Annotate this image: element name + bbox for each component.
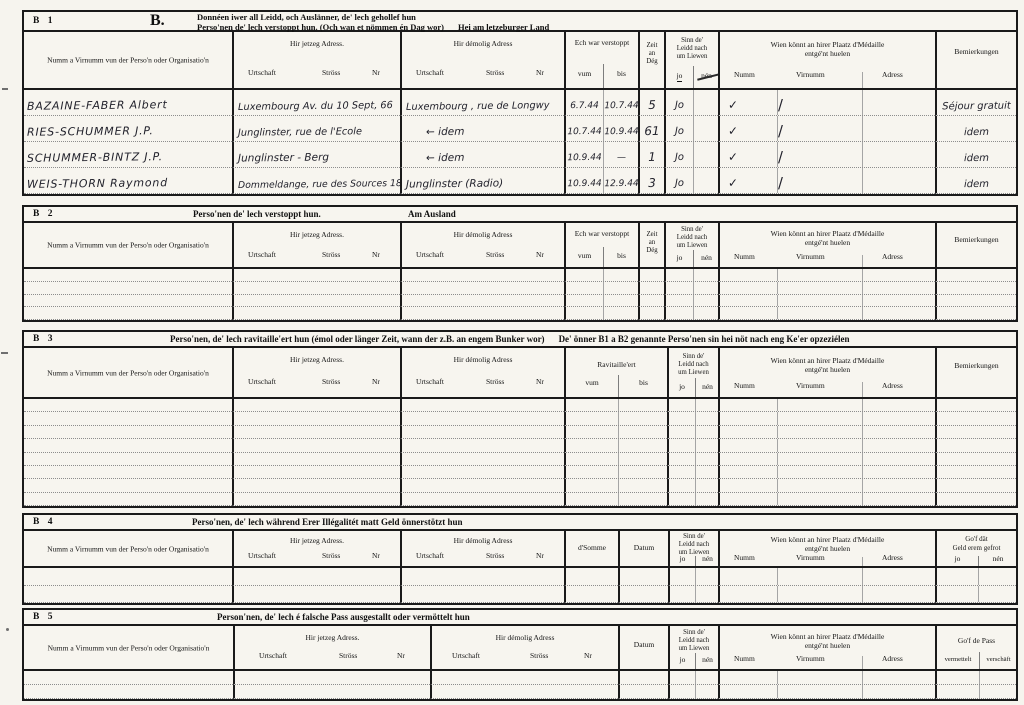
zeit-word1: Zeit — [640, 231, 664, 239]
hw-bis: 10.9.44 — [603, 127, 640, 137]
b1-h-zeit: Zeit an Dég — [638, 32, 664, 88]
sinn-line2: Leidd nach — [666, 234, 718, 242]
jo-label: jo — [670, 554, 695, 563]
zeit-word3: Dég — [640, 58, 664, 66]
empty-cell — [564, 282, 638, 295]
jo-label: jo — [666, 71, 693, 80]
b5-title: Person'nen, de' lech é falsche Pass ausg… — [217, 612, 470, 622]
hw-jetzeg: Dommeldange, rue des Sources 18 — [238, 178, 402, 191]
b3-h-bemierkungen: Bemierkungen — [935, 348, 1016, 397]
cell-demolig: Luxembourg , rue de Longwy — [400, 90, 564, 116]
urtschaft-label: Urtschaft — [248, 551, 276, 560]
column-divider — [777, 269, 778, 281]
empty-cell — [935, 412, 1016, 425]
stross-label: Ströss — [339, 651, 357, 660]
sinn-line3: um Liewen — [670, 645, 718, 653]
empty-cell — [664, 307, 718, 320]
bis-label: bis — [618, 378, 669, 387]
empty-cell — [232, 479, 400, 492]
column-divider — [862, 412, 863, 424]
dsomme-label: d'Somme — [566, 543, 618, 552]
cell-wien: ✓∕ — [718, 168, 935, 194]
empty-cell — [564, 453, 667, 466]
column-divider — [862, 307, 863, 319]
bis-label: bis — [603, 251, 640, 260]
adress-label: Adress — [882, 70, 903, 79]
empty-cell — [668, 685, 718, 699]
bemierkungen-label: Bemierkungen — [937, 235, 1016, 244]
hw-deg: 1 — [640, 150, 664, 164]
hw-slash-mark: ∕ — [778, 122, 783, 140]
zeit-word2: an — [640, 50, 664, 58]
wien-line1: Wien könnt an hirer Plaatz d'Médaille — [720, 535, 935, 544]
section-b3: B 3 Perso'nen, de' lech ravitaille'ert h… — [22, 330, 1018, 508]
column-divider — [695, 439, 696, 451]
empty-cell — [718, 295, 935, 308]
scan-artifact — [6, 628, 9, 631]
column-divider — [695, 426, 696, 438]
empty-cell — [564, 307, 638, 320]
sinn-label: Sinn de' Leidd nach um Liewen — [666, 226, 718, 250]
cell-zeit: 5 — [638, 90, 664, 116]
column-divider — [777, 282, 778, 294]
empty-cell — [400, 412, 564, 425]
b1-column-headers: Numm a Virnumm vun der Perso'n oder Orga… — [24, 32, 1016, 90]
empty-cell — [667, 466, 718, 479]
empty-cell — [24, 568, 232, 586]
empty-cell — [664, 269, 718, 282]
empty-row — [24, 295, 1016, 308]
column-divider — [862, 282, 863, 294]
hw-slash-mark: ∕ — [778, 96, 783, 114]
column-divider — [695, 685, 696, 698]
nen-label: nén — [695, 655, 720, 664]
b2-h-demolig: Hir démolig Adress Urtschaft Ströss Nr — [400, 223, 564, 267]
b2-column-headers: Numm a Virnumm vun der Perso'n oder Orga… — [24, 223, 1016, 269]
cell-sinn: Jo — [664, 116, 718, 142]
virnumm-label: Virnumm — [796, 654, 825, 663]
hw-vum: 6.7.44 — [566, 101, 603, 111]
hw-demolig: Luxembourg , rue de Longwy — [406, 100, 550, 113]
empty-cell — [935, 453, 1016, 466]
empty-cell — [718, 426, 935, 439]
b1-row: SCHUMMER-BINTZ J.P. Junglinster - Berg ←… — [24, 142, 1016, 168]
b3-section-id: B 3 — [33, 334, 55, 344]
cell-bemierkungen: Séjour gratuit — [935, 90, 1016, 116]
hw-slash-mark: ∕ — [778, 174, 783, 192]
column-divider — [693, 282, 694, 294]
empty-cell — [564, 466, 667, 479]
b1-title-line2-wrap: Perso'nen de' lech verstoppt hun. (Och w… — [197, 23, 549, 33]
cell-verstoppt: 6.7.4410.7.44 — [564, 90, 638, 116]
cell-bemierkungen: idem — [935, 142, 1016, 168]
empty-cell — [618, 586, 668, 604]
empty-row — [24, 479, 1016, 492]
empty-cell — [564, 269, 638, 282]
empty-cell — [564, 439, 667, 452]
nr-label: Nr — [584, 651, 592, 660]
empty-cell — [668, 586, 718, 604]
b2-h-name: Numm a Virnumm vun der Perso'n oder Orga… — [24, 223, 232, 267]
empty-cell — [24, 479, 232, 492]
empty-cell — [718, 282, 935, 295]
column-divider — [777, 307, 778, 319]
column-divider — [979, 685, 980, 698]
empty-cell — [564, 399, 667, 412]
urtschaft-label: Urtschaft — [248, 68, 276, 77]
hw-demolig: ← idem — [426, 126, 465, 138]
empty-row — [24, 568, 1016, 586]
hw-deg: 5 — [640, 98, 664, 112]
cell-verstoppt: 10.9.44— — [564, 142, 638, 168]
virnumm-label: Virnumm — [796, 381, 825, 390]
hw-jetzeg: Junglinster, rue de l'Ecole — [238, 126, 362, 139]
stross-label: Ströss — [486, 551, 504, 560]
b4-h-jetzeg: Hir jetzeg Adress. Urtschaft Ströss Nr — [232, 531, 400, 566]
wien-line2: entgé'nt huelen — [720, 641, 935, 650]
b1-h-name: Numm a Virnumm vun der Perso'n oder Orga… — [24, 32, 232, 88]
hw-vum: 10.7.44 — [566, 127, 603, 137]
b3-h-wien: Wien könnt an hirer Plaatz d'Médaille en… — [718, 348, 935, 397]
b2-title: Perso'nen de' lech verstoppt hun. — [193, 209, 321, 219]
sinn-line3: um Liewen — [666, 53, 718, 61]
b1-title: Donnéen iwer all Leidd, och Auslänner, d… — [197, 13, 549, 32]
empty-cell — [667, 439, 718, 452]
numm-label: Numm — [734, 553, 755, 562]
empty-cell — [400, 586, 564, 604]
empty-cell — [233, 671, 430, 685]
jetzeg-label: Hir jetzeg Adress. — [235, 633, 430, 642]
stross-label: Ströss — [530, 651, 548, 660]
hw-name: WEIS-THORN Raymond — [27, 176, 168, 191]
hw-vum: 10.9.44 — [566, 153, 603, 163]
column-divider — [693, 269, 694, 281]
empty-cell — [935, 586, 1016, 604]
column-divider — [603, 269, 604, 281]
empty-cell — [430, 671, 618, 685]
empty-cell — [718, 439, 935, 452]
bis-label: bis — [603, 69, 640, 78]
cell-name: SCHUMMER-BINTZ J.P. — [24, 142, 232, 168]
b2-section-id: B 2 — [33, 209, 55, 219]
numm-label: Numm — [734, 654, 755, 663]
zeit-label: Zeit an Dég — [640, 42, 664, 66]
column-divider — [618, 439, 619, 451]
jetzeg-label: Hir jetzeg Adress. — [234, 230, 400, 239]
sinn-line1: Sinn de' — [669, 353, 718, 361]
cell-sinn: Jo — [664, 168, 718, 194]
column-divider — [693, 142, 694, 167]
b5-rows — [24, 671, 1016, 699]
b1-section-id: B 1 — [33, 16, 55, 26]
column-divider — [695, 412, 696, 424]
numm-label: Numm — [734, 70, 755, 79]
wien-label: Wien könnt an hirer Plaatz d'Médaille en… — [720, 535, 935, 553]
bemierkungen-label: Bemierkungen — [937, 47, 1016, 56]
empty-cell — [718, 493, 935, 506]
vum-label: vum — [566, 251, 603, 260]
section-b5: B 5 Person'nen, de' lech é falsche Pass … — [22, 608, 1018, 701]
jo-label: jo — [670, 655, 695, 664]
nen-label: nén — [695, 554, 720, 563]
name-col-label: Numm a Virnumm vun der Perso'n oder Orga… — [28, 544, 228, 553]
empty-cell — [667, 399, 718, 412]
b1-big-letter: B. — [150, 12, 165, 30]
hw-bis: 12.9.44 — [603, 179, 640, 189]
gof-line1: Go'f dät — [937, 535, 1016, 544]
empty-cell — [24, 307, 232, 320]
empty-cell — [400, 426, 564, 439]
b3-title-part1: Perso'nen, de' lech ravitaille'ert hun (… — [170, 334, 545, 344]
empty-cell — [667, 453, 718, 466]
nen-label: nén — [693, 253, 720, 262]
empty-cell — [24, 269, 232, 282]
virnumm-label: Virnumm — [796, 70, 825, 79]
empty-row — [24, 269, 1016, 282]
column-divider — [693, 307, 694, 319]
empty-cell — [935, 282, 1016, 295]
empty-row — [24, 399, 1016, 412]
sinn-label: Sinn de' Leidd nach um Liewen — [669, 353, 718, 377]
column-divider — [862, 382, 863, 397]
empty-cell — [668, 568, 718, 586]
jo-label: jo — [669, 382, 695, 391]
empty-cell — [935, 307, 1016, 320]
column-divider — [777, 295, 778, 307]
empty-row — [24, 426, 1016, 439]
empty-cell — [24, 282, 232, 295]
column-divider — [777, 493, 778, 505]
name-col-label: Numm a Virnumm vun der Perso'n oder Orga… — [28, 241, 228, 250]
nr-label: Nr — [536, 250, 544, 259]
zeit-word1: Zeit — [640, 42, 664, 50]
urtschaft-label: Urtschaft — [416, 68, 444, 77]
b3-h-demolig: Hir démolig Adress Urtschaft Ströss Nr — [400, 348, 564, 397]
column-divider — [862, 586, 863, 603]
column-divider — [862, 453, 863, 465]
hw-check-mark: ✓ — [728, 98, 738, 112]
column-divider — [862, 255, 863, 267]
urtschaft-label: Urtschaft — [416, 250, 444, 259]
empty-cell — [24, 426, 232, 439]
sinn-line3: um Liewen — [669, 369, 718, 377]
empty-cell — [232, 412, 400, 425]
hw-demolig: ← idem — [426, 152, 465, 164]
nr-label: Nr — [536, 68, 544, 77]
wien-label: Wien könnt an hirer Plaatz d'Médaille en… — [720, 632, 935, 650]
b4-h-name: Numm a Virnumm vun der Perso'n oder Orga… — [24, 531, 232, 566]
empty-cell — [638, 295, 664, 308]
column-divider — [862, 671, 863, 684]
wien-label: Wien könnt an hirer Plaatz d'Médaille en… — [720, 229, 935, 247]
urtschaft-label: Urtschaft — [452, 651, 480, 660]
hw-check-mark: ✓ — [728, 150, 738, 164]
b1-row: RIES-SCHUMMER J.P. Junglinster, rue de l… — [24, 116, 1016, 142]
nr-label: Nr — [372, 250, 380, 259]
empty-cell — [638, 307, 664, 320]
b4-titlebar: B 4 Perso'nen, de' lech während Erer Ill… — [24, 515, 1016, 531]
sinn-label: Sinn de' Leidd nach um Liewen — [666, 37, 718, 61]
empty-cell — [24, 453, 232, 466]
b5-titlebar: B 5 Person'nen, de' lech é falsche Pass … — [24, 610, 1016, 626]
column-divider — [777, 671, 778, 684]
empty-cell — [24, 685, 233, 699]
scan-artifact — [1, 352, 8, 354]
empty-cell — [564, 568, 618, 586]
empty-cell — [564, 295, 638, 308]
nr-label: Nr — [536, 551, 544, 560]
numm-label: Numm — [734, 252, 755, 261]
b1-h-verstoppt: Ech war verstoppt vum bis — [564, 32, 638, 88]
b3-h-ravitailleert: Ravitaille'ert vum bis — [564, 348, 667, 397]
stross-label: Ströss — [322, 377, 340, 386]
column-divider — [862, 116, 863, 141]
empty-row — [24, 412, 1016, 425]
nr-label: Nr — [372, 551, 380, 560]
vum-label: vum — [566, 378, 618, 387]
empty-cell — [564, 426, 667, 439]
jetzeg-label: Hir jetzeg Adress. — [234, 355, 400, 364]
demolig-label: Hir démolig Adress — [402, 230, 564, 239]
column-divider — [695, 568, 696, 585]
b4-h-wien: Wien könnt an hirer Plaatz d'Médaille en… — [718, 531, 935, 566]
b1-h-sinn: Sinn de' Leidd nach um Liewen jo nén — [664, 32, 718, 88]
b2-h-zeit: Zeit an Dég — [638, 223, 664, 267]
b1-rows: BAZAINE-FABER Albert Luxembourg Av. du 1… — [24, 90, 1016, 194]
hw-jo: Jo — [666, 126, 693, 137]
column-divider — [618, 399, 619, 411]
section-b4: B 4 Perso'nen, de' lech während Erer Ill… — [22, 513, 1018, 605]
empty-cell — [232, 439, 400, 452]
empty-cell — [232, 568, 400, 586]
cell-demolig: ← idem — [400, 116, 564, 142]
hw-jo: Jo — [666, 100, 693, 111]
nen-label: nén — [978, 554, 1018, 563]
jetzeg-label: Hir jetzeg Adress. — [234, 536, 400, 545]
column-divider — [862, 72, 863, 88]
sinn-line3: um Liewen — [666, 242, 718, 250]
empty-cell — [718, 466, 935, 479]
empty-cell — [24, 671, 233, 685]
wien-line2: entgé'nt huelen — [720, 544, 935, 553]
empty-cell — [718, 586, 935, 604]
empty-cell — [935, 295, 1016, 308]
datum-label: Datum — [620, 640, 668, 649]
empty-cell — [232, 307, 400, 320]
empty-cell — [400, 479, 564, 492]
b1-row: WEIS-THORN Raymond Dommeldange, rue des … — [24, 168, 1016, 194]
b1-h-jetzeg: Hir jetzeg Adress. Urtschaft Ströss Nr — [232, 32, 400, 88]
empty-cell — [232, 269, 400, 282]
b3-h-sinn: Sinn de' Leidd nach um Liewen jo nén — [667, 348, 718, 397]
empty-cell — [564, 493, 667, 506]
column-divider — [862, 479, 863, 491]
cell-verstoppt: 10.7.4410.9.44 — [564, 116, 638, 142]
hw-jo: Jo — [666, 152, 693, 163]
empty-cell — [232, 295, 400, 308]
column-divider — [695, 453, 696, 465]
column-divider — [978, 586, 979, 603]
b3-title-part2: De' önner B1 a B2 genannte Perso'nen sin… — [559, 334, 850, 344]
empty-cell — [718, 412, 935, 425]
empty-cell — [667, 426, 718, 439]
empty-cell — [400, 269, 564, 282]
nr-label: Nr — [536, 377, 544, 386]
empty-row — [24, 493, 1016, 506]
empty-cell — [718, 671, 935, 685]
empty-cell — [564, 412, 667, 425]
empty-cell — [400, 439, 564, 452]
column-divider — [862, 568, 863, 585]
b2-h-bemierkungen: Bemierkungen — [935, 223, 1016, 267]
cell-wien: ✓∕ — [718, 90, 935, 116]
column-divider — [618, 453, 619, 465]
b2-h-sinn: Sinn de' Leidd nach um Liewen jo nén — [664, 223, 718, 267]
column-divider — [603, 295, 604, 307]
column-divider — [862, 557, 863, 566]
column-divider — [695, 671, 696, 684]
b5-h-sinn: Sinn de' Leidd nach um Liewen jo nén — [668, 626, 718, 669]
empty-cell — [400, 295, 564, 308]
empty-cell — [718, 685, 935, 699]
adress-label: Adress — [882, 654, 903, 663]
cell-zeit: 1 — [638, 142, 664, 168]
bemierkungen-label: Bemierkungen — [937, 361, 1016, 370]
b4-title: Perso'nen, de' lech während Erer Illégal… — [192, 517, 462, 527]
empty-row — [24, 282, 1016, 295]
empty-cell — [618, 671, 668, 685]
wien-line2: entgé'nt huelen — [720, 49, 935, 58]
column-divider — [862, 685, 863, 698]
empty-cell — [24, 586, 232, 604]
verschaft-label: verschäft — [979, 656, 1018, 663]
sinn-line2: Leidd nach — [669, 361, 718, 369]
column-divider — [693, 116, 694, 141]
hw-jetzeg: Luxembourg Av. du 10 Sept, 66 — [238, 100, 393, 113]
empty-row — [24, 307, 1016, 320]
hw-deg: 61 — [640, 124, 664, 138]
stross-label: Ströss — [322, 250, 340, 259]
hw-name: SCHUMMER-BINTZ J.P. — [27, 150, 163, 165]
column-divider — [693, 168, 694, 193]
jo-label: jo — [666, 253, 693, 262]
empty-cell — [400, 493, 564, 506]
empty-cell — [232, 399, 400, 412]
hw-name: RIES-SCHUMMER J.P. — [27, 124, 154, 139]
empty-cell — [718, 479, 935, 492]
empty-cell — [618, 685, 668, 699]
b2-title-right: Am Ausland — [408, 209, 456, 219]
nr-label: Nr — [372, 68, 380, 77]
empty-cell — [935, 426, 1016, 439]
wien-line1: Wien könnt an hirer Plaatz d'Médaille — [720, 356, 935, 365]
stross-label: Ströss — [486, 377, 504, 386]
sinn-line1: Sinn de' — [670, 533, 718, 541]
b1-h-demolig: Hir démolig Adress Urtschaft Ströss Nr — [400, 32, 564, 88]
jetzeg-label: Hir jetzeg Adress. — [234, 39, 400, 48]
empty-cell — [232, 493, 400, 506]
wien-line2: entgé'nt huelen — [720, 238, 935, 247]
b1-h-bemierkungen: Bemierkungen — [935, 32, 1016, 88]
b5-h-wien: Wien könnt an hirer Plaatz d'Médaille en… — [718, 626, 935, 669]
nen-label: nén — [693, 71, 720, 80]
urtschaft-label: Urtschaft — [416, 551, 444, 560]
hw-bem: idem — [937, 179, 1016, 191]
gof-line2: Geld erem gefrot — [937, 544, 1016, 553]
cell-sinn: Jo — [664, 142, 718, 168]
empty-cell — [233, 685, 430, 699]
column-divider — [777, 399, 778, 411]
